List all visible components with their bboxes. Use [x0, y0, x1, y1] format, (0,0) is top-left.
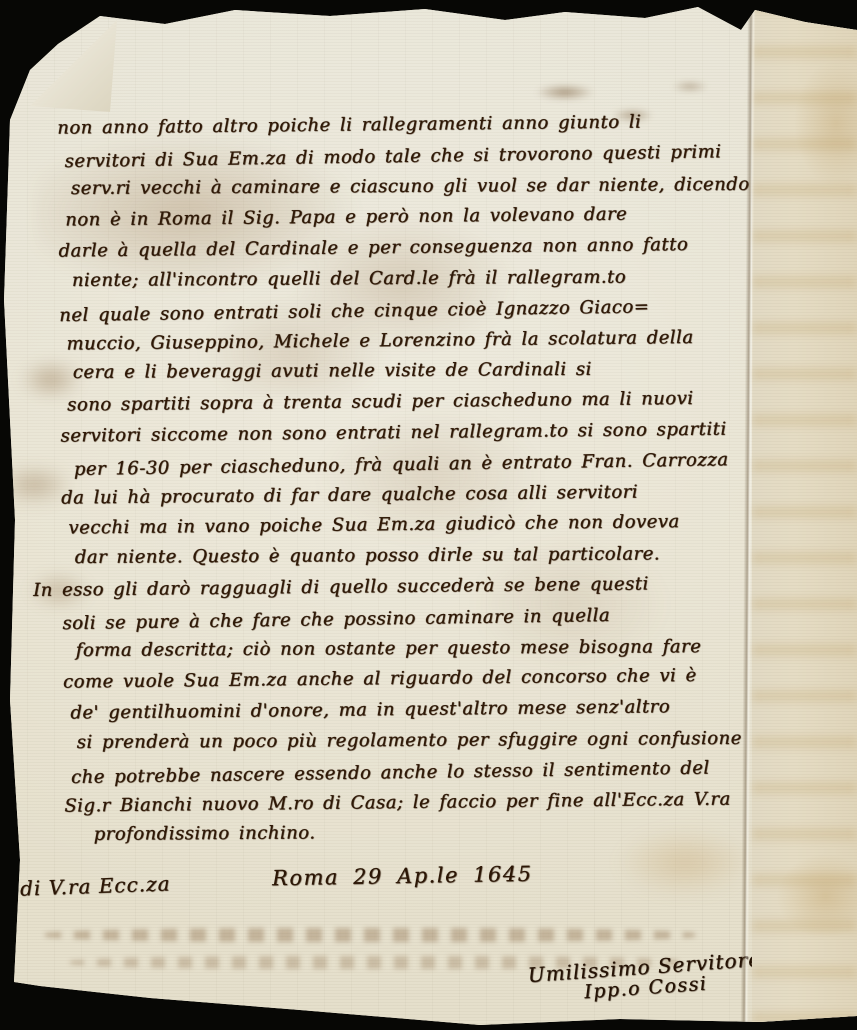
letter-page: non anno fatto altro poiche li rallegram… — [0, 0, 857, 1030]
letter-body: non anno fatto altro poiche li rallegram… — [52, 106, 760, 852]
adjacent-leaf — [752, 0, 857, 1030]
folded-corner — [22, 14, 152, 124]
letter-line: dar niente. Questo è quanto posso dirle … — [75, 539, 757, 574]
letter-line: serv.ri vecchi à caminare e ciascuno gli… — [71, 169, 753, 204]
manuscript-scan: non anno fatto altro poiche li rallegram… — [0, 0, 857, 1030]
letter-line: profondissimo inchino. — [94, 816, 760, 851]
signature-block: Umilissimo Servitore Ipp.o Cossi — [494, 945, 796, 1010]
dateline: Roma 29 Ap.le 1645 — [272, 862, 533, 891]
letter-line: cera e li beveraggi avuti nelle visite d… — [73, 354, 755, 389]
letter-line: forma descritta; ciò non ostante per que… — [76, 631, 758, 666]
closing-formula: di V.ra Ecc.za — [20, 871, 171, 900]
showthrough-text-ghost — [45, 928, 695, 942]
